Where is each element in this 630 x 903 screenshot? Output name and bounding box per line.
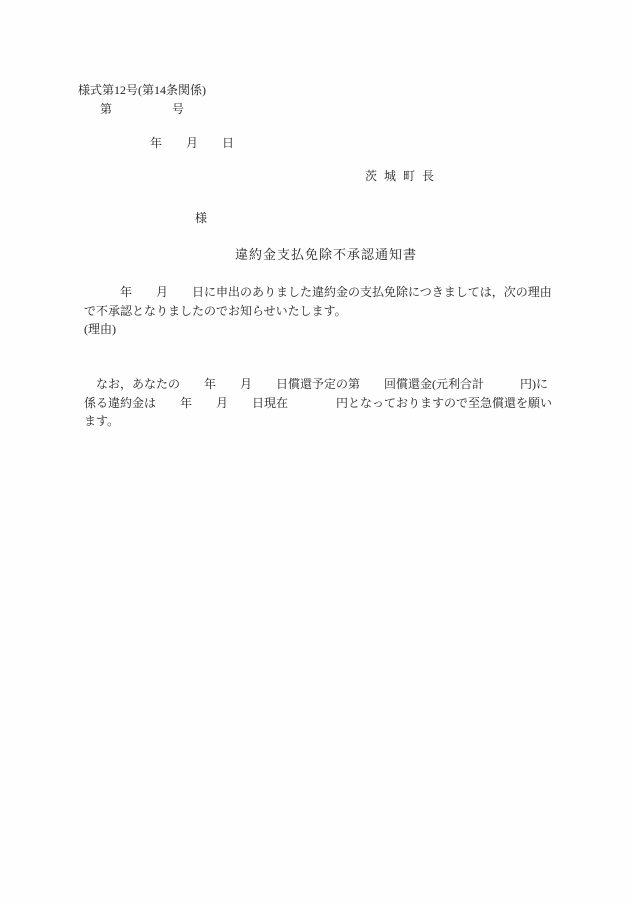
issue-date-line: 年 月 日 [150,136,234,150]
body-paragraph-notice: 年 月 日に申出のありました違約金の支払免除につきましては，次の理由 で不承認と… [84,283,584,339]
paragraph-line: で不承認となりましたのでお知らせいたします。 [84,302,584,321]
paragraph-line: ます。 [84,412,584,431]
sender-title: 茨城町長 [365,169,441,183]
form-number: 様式第12号(第14条関係) [78,83,206,97]
addressee-suffix: 様 [195,211,207,225]
body-paragraph-repayment: なお，あなたの 年 月 日償還予定の第 回償還金(元利合計 円)に 係る違約金は… [84,375,584,431]
document-number-line: 第 号 [100,102,184,116]
reason-label: (理由) [84,320,584,339]
paragraph-line: なお，あなたの 年 月 日償還予定の第 回償還金(元利合計 円)に [84,375,584,394]
document-title: 違約金支払免除不承認通知書 [235,248,417,262]
document-page: 様式第12号(第14条関係) 第 号 年 月 日 茨城町長 様 違約金支払免除不… [0,0,630,903]
paragraph-line: 年 月 日に申出のありました違約金の支払免除につきましては，次の理由 [84,283,584,302]
paragraph-line: 係る違約金は 年 月 日現在 円となっておりますので至急償還を願い [84,394,584,413]
